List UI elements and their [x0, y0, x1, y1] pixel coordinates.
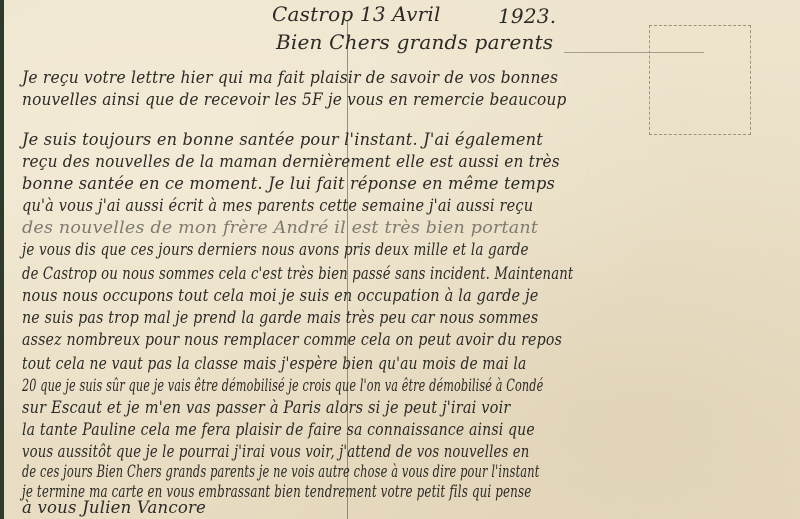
- postcard-back: Castrop 13 Avril 1923. Bien Chers grands…: [0, 0, 800, 519]
- letter-line: sur Escaut et je m'en vas passer à Paris…: [22, 398, 511, 417]
- letter-line: Je suis toujours en bonne santée pour l'…: [22, 130, 543, 149]
- letter-line: tout cela ne vaut pas la classe mais j'e…: [22, 354, 526, 373]
- letter-line: 20 que je suis sûr que je vais être démo…: [22, 376, 543, 395]
- letter-line: assez nombreux pour nous remplacer comme…: [22, 330, 562, 349]
- letter-line: des nouvelles de mon frère André il est …: [22, 218, 538, 237]
- letter-line: Je reçu votre lettre hier qui ma fait pl…: [22, 68, 558, 87]
- letter-line: bonne santée en ce moment. Je lui fait r…: [22, 174, 555, 193]
- letter-line: je vous dis que ces jours derniers nous …: [22, 240, 529, 259]
- letter-line: la tante Pauline cela me fera plaisir de…: [22, 420, 535, 439]
- letter-line: qu'à vous j'ai aussi écrit à mes parents…: [22, 196, 533, 215]
- letter-line: de ces jours Bien Chers grands parents j…: [22, 462, 539, 481]
- place-date: Castrop 13 Avril: [272, 2, 441, 26]
- signature-line: à vous Julien Vancore: [22, 498, 206, 517]
- letter-line: ne suis pas trop mal je prend la garde m…: [22, 308, 538, 327]
- year: 1923.: [498, 4, 556, 28]
- letter-line: de Castrop ou nous sommes cela c'est trè…: [22, 264, 573, 283]
- letter-line: vous aussitôt que je le pourrai j'irai v…: [22, 442, 529, 461]
- letter-line: nous nous occupons tout cela moi je suis…: [22, 286, 539, 305]
- salutation: Bien Chers grands parents: [276, 30, 553, 54]
- stamp-box: [649, 25, 751, 135]
- letter-line: nouvelles ainsi que de recevoir les 5F j…: [22, 90, 566, 109]
- letter-line: reçu des nouvelles de la maman dernièrem…: [22, 152, 560, 171]
